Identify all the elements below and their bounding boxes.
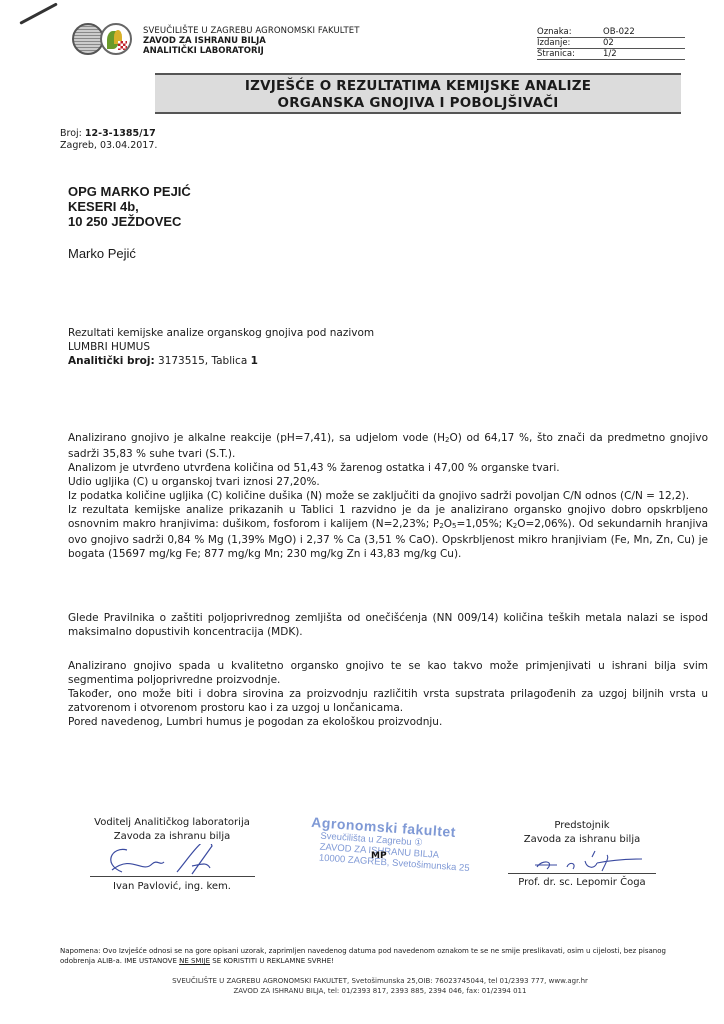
table-number: 1 [251, 355, 258, 367]
reference-block: Broj: 12-3-1385/17 Zagreb, 03.04.2017. [60, 128, 157, 152]
signature-director: Predstojnik Zavoda za ishranu bilja Prof… [507, 819, 657, 890]
meta-key: Oznaka: [537, 27, 603, 37]
meta-row-stranica: Stranica: 1/2 [537, 49, 685, 60]
institution-line-2: ZAVOD ZA ISHRANU BILJA [143, 36, 360, 46]
institution-stamp: Agronomski fakultet Sveučilišta u Zagreb… [309, 814, 487, 875]
legal-notice: Napomena: Ovo Izvješće odnosi se na gore… [60, 946, 700, 966]
signature-subtitle: Zavoda za ishranu bilja [82, 830, 262, 844]
nutrients-sentence: Iz rezultata kemijske analize prikazanih… [68, 503, 708, 561]
product-name: LUMBRI HUMUS [68, 340, 374, 354]
conclusion-sentence-2: Također, ono može biti i dobra sirovina … [68, 687, 708, 715]
conclusion-sentence-3: Pored navedenog, Lumbri humus je pogodan… [68, 715, 708, 729]
page-footer: SVEUČILIŠTE U ZAGREBU AGRONOMSKI FAKULTE… [100, 976, 660, 996]
regulation-paragraph: Glede Pravilnika o zaštiti poljoprivredn… [68, 611, 708, 639]
meta-key: Stranica: [537, 49, 603, 59]
signature-line [90, 876, 255, 877]
carbon-sentence: Udio ugljika (C) u organskoj tvari iznos… [68, 475, 708, 489]
signature-subtitle: Zavoda za ishranu bilja [507, 833, 657, 847]
analytic-number: 3173515, Tablica [155, 355, 251, 367]
signature-lab-head: Voditelj Analitičkog laboratorija Zavoda… [82, 816, 262, 894]
report-title-line-1: IZVJEŠĆE O REZULTATIMA KEMIJSKE ANALIZE [155, 78, 681, 95]
meta-row-izdanje: Izdanje: 02 [537, 38, 685, 49]
reference-label: Broj: [60, 128, 82, 139]
meta-value: OB-022 [603, 27, 685, 37]
signature-name: Prof. dr. sc. Lepomir Čoga [507, 876, 657, 890]
conclusion-sentence-1: Analizirano gnojivo spada u kvalitetno o… [68, 659, 708, 687]
place-date: Zagreb, 03.04.2017. [60, 140, 157, 152]
ph-water-sentence: Analizirano gnojivo je alkalne reakcije … [68, 431, 708, 461]
footer-line-2: ZAVOD ZA ISHRANU BILJA, tel: 01/2393 817… [100, 986, 660, 996]
recipient-contact: Marko Pejić [68, 246, 136, 261]
intro-block: Rezultati kemijske analize organskog gno… [68, 326, 374, 368]
analytic-number-label: Analitički broj: [68, 355, 155, 367]
signature-name: Ivan Pavlović, ing. kem. [82, 880, 262, 894]
signature-title: Voditelj Analitičkog laboratorija [82, 816, 262, 830]
meta-row-oznaka: Oznaka: OB-022 [537, 27, 685, 38]
handwritten-signature-icon [82, 844, 262, 876]
cn-ratio-sentence: Iz podatka količine ugljika (C) količine… [68, 489, 708, 503]
institution-line-1: SVEUČILIŠTE U ZAGREBU AGRONOMSKI FAKULTE… [143, 26, 360, 36]
recipient-street: KESERI 4b, [68, 199, 191, 214]
ash-organic-sentence: Analizom je utvrđeno utvrđena količina o… [68, 461, 708, 475]
recipient-city: 10 250 JEŽDOVEC [68, 214, 191, 229]
intro-line: Rezultati kemijske analize organskog gno… [68, 326, 374, 340]
signature-line [508, 873, 656, 874]
institution-header: SVEUČILIŠTE U ZAGREBU AGRONOMSKI FAKULTE… [143, 26, 360, 56]
recipient-name: OPG MARKO PEJIĆ [68, 184, 191, 199]
reference-number: 12-3-1385/17 [85, 128, 156, 139]
meta-key: Izdanje: [537, 38, 603, 48]
conclusion-paragraph: Analizirano gnojivo spada u kvalitetno o… [68, 659, 708, 729]
meta-value: 02 [603, 38, 685, 48]
signature-title: Predstojnik [507, 819, 657, 833]
pen-mark [19, 2, 57, 24]
footer-line-1: SVEUČILIŠTE U ZAGREBU AGRONOMSKI FAKULTE… [100, 976, 660, 986]
report-title: IZVJEŠĆE O REZULTATIMA KEMIJSKE ANALIZE … [155, 73, 681, 114]
faculty-logo-icon [100, 23, 132, 55]
institution-logos [72, 23, 134, 63]
analysis-paragraph: Analizirano gnojivo je alkalne reakcije … [68, 431, 708, 561]
institution-line-3: ANALITIČKI LABORATORIJ [143, 46, 360, 56]
seal-placeholder: MP [371, 851, 387, 861]
report-title-line-2: ORGANSKA GNOJIVA I POBOLJŠIVAČI [155, 95, 681, 112]
handwritten-signature-icon [507, 847, 657, 873]
meta-value: 1/2 [603, 49, 685, 59]
recipient-address: OPG MARKO PEJIĆ KESERI 4b, 10 250 JEŽDOV… [68, 184, 191, 229]
document-meta-table: Oznaka: OB-022 Izdanje: 02 Stranica: 1/2 [537, 27, 685, 60]
